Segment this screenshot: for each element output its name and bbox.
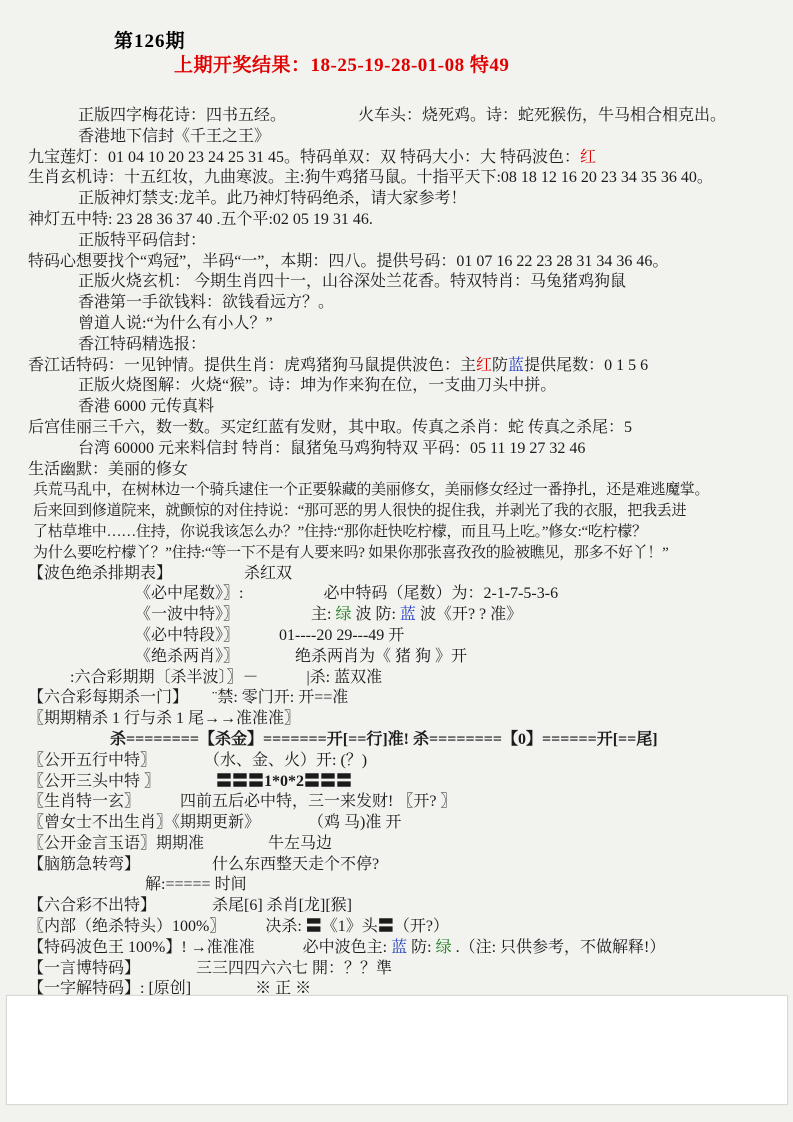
text-line: 【六合彩每期杀一门】 ¨禁: 零门开: 开==准 <box>0 688 793 709</box>
text-segment: 波 防: <box>351 606 399 623</box>
text-line: 香江话特码：一见钟情。提供生肖：虎鸡猪狗马鼠提供波色：主红防蓝提供尾数：0 1 … <box>0 356 793 377</box>
text-segment: （开?） <box>394 918 449 935</box>
text-line: 【特码波色王 100%】! →准准准 必中波色主: 蓝 防: 绿 .（注: 只供… <box>0 938 793 959</box>
text-line: 了枯草堆中……住持，你说我该怎么办？”住持:“那你赶快吃柠檬，而且马上吃。”修女… <box>0 522 793 543</box>
text-line: 台湾 60000 元来料信封 特肖：鼠猪兔马鸡狗特双 平码：05 11 19 2… <box>0 439 793 460</box>
text-segment: 【一言博特码】 三三四四六六七 開：？？準 <box>28 960 392 977</box>
text-segment: 台湾 60000 元来料信封 特肖：鼠猪兔马鸡狗特双 平码：05 11 19 2… <box>78 440 585 457</box>
text-line: 香港 6000 元传真料 <box>0 397 793 418</box>
text-line: 《绝杀两肖》〗 绝杀两肖为《 猪 狗 》开 <box>0 647 793 668</box>
text-line: 解:===== 时间 <box>0 875 793 896</box>
text-segment: 《1》头 <box>322 918 378 935</box>
text-segment: 【0】 <box>502 731 542 748</box>
text-line: :六合彩期期〔杀半波〕〗－ |杀: 蓝双准 <box>0 668 793 689</box>
text-line: 香港第一手欲钱料：欲钱看远方？。 <box>0 293 793 314</box>
text-segment: 杀======== <box>413 731 502 748</box>
text-line: 后宫佳丽三千六，数一数。买定红蓝有发财，其中取。传真之杀肖：蛇 传真之杀尾：5 <box>0 418 793 439</box>
text-line: 《一波中特》〗 主: 绿 波 防: 蓝 波《开? ? 准》 <box>0 605 793 626</box>
text-line: 神灯五中特: 23 28 36 37 40 .五个平:02 05 19 31 4… <box>0 210 793 231</box>
text-line: 【六合彩不出特】 杀尾[6] 杀肖[龙][猴] <box>0 896 793 917</box>
text-segment: 〓 <box>378 918 394 935</box>
text-segment: 【特码波色王 100%】! →准准准 必中波色主: <box>28 939 391 956</box>
text-line: 正版火烧玄机： 今期生肖四十一，山谷深处兰花香。特双特肖：马兔猪鸡狗鼠 <box>0 272 793 293</box>
text-line: 〖公开三头中特 〗 〓〓〓1*0*2〓〓〓 <box>0 772 793 793</box>
colored-text-segment: 红 <box>476 357 492 374</box>
text-line: 〖生肖特一玄〗 四前五后必中特，三一来发财! 〖开? 〗 <box>0 792 793 813</box>
text-segment: 防: <box>407 939 435 956</box>
text-line: 曾道人说:“为什么有小人？” <box>0 314 793 335</box>
colored-text-segment: 红 <box>580 149 596 166</box>
issue-number: 第126期 <box>114 31 186 52</box>
text-segment: 为什么要吃柠檬丫？”住持:“等一下不是有人要来吗? 如果你那张喜孜孜的脸被瞧见，… <box>33 545 668 561</box>
text-segment: 【六合彩不出特】 杀尾[6] 杀肖[龙][猴] <box>28 897 352 914</box>
text-segment: 生活幽默：美丽的修女 <box>28 461 188 478</box>
text-segment: 提供尾数：0 1 5 6 <box>524 357 648 374</box>
colored-text-segment: 绿 <box>436 939 452 956</box>
colored-text-segment: 蓝 <box>508 357 524 374</box>
text-line: 为什么要吃柠檬丫？”住持:“等一下不是有人要来吗? 如果你那张喜孜孜的脸被瞧见，… <box>0 543 793 564</box>
text-line: 【波色绝杀排期表】 杀红双 <box>0 564 793 585</box>
text-segment: =======开[==行]准! <box>263 731 413 748</box>
text-segment: 后来回到修道院来，就颤惊的对住持说：“那可恶的男人很快的捉住我，并剥光了我的衣服… <box>33 503 686 519</box>
text-segment: 特码心想要找个“鸡冠”，半码“一”，本期：四八。提供号码：01 07 16 22… <box>28 253 668 270</box>
text-segment: 香江话特码：一见钟情。提供生肖：虎鸡猪狗马鼠提供波色：主 <box>28 357 476 374</box>
text-segment: 香港地下信封《千王之王》 <box>78 128 270 145</box>
text-line: 正版火烧图解：火烧“猴”。诗：坤为作来狗在位，一支曲刀头中拼。 <box>0 376 793 397</box>
text-segment: 生肖玄机诗：十五红妆，九曲寒波。主:狗牛鸡猪马鼠。十指平天下:08 18 12 … <box>28 169 713 186</box>
text-segment: :六合彩期期〔杀半波〕〗－ |杀: 蓝双准 <box>70 669 382 686</box>
text-line: 〖期期精杀 1 行与杀 1 尾→→准准准〗 <box>0 709 793 730</box>
text-segment: 〖内部（绝杀特头）100%〗 决杀: <box>28 918 306 935</box>
text-segment: 〖生肖特一玄〗 四前五后必中特，三一来发财! 〖开? 〗 <box>28 793 456 810</box>
text-segment: 杀======== <box>110 731 199 748</box>
text-line: 生活幽默：美丽的修女 <box>0 460 793 481</box>
text-segment: 〖公开五行中特〗 （水、金、火）开: (？) <box>28 752 367 769</box>
text-segment: 兵荒马乱中，在树林边一个骑兵逮住一个正要躲藏的美丽修女，美丽修女经过一番挣扎，还… <box>33 482 709 498</box>
footer-blank-box <box>6 995 788 1105</box>
text-segment: 《必中特段》〗 01----20 29---49 开 <box>135 627 404 644</box>
text-line: 香江特码精选报： <box>0 335 793 356</box>
colored-text-segment: 蓝 <box>400 606 416 623</box>
text-segment: 《一波中特》〗 主: <box>135 606 335 623</box>
text-line: 正版四字梅花诗：四书五经。 火车头：烧死鸡。诗：蛇死猴伤，牛马相合相克出。 <box>0 106 793 127</box>
text-segment: 正版火烧图解：火烧“猴”。诗：坤为作来狗在位，一支曲刀头中拼。 <box>78 377 556 394</box>
text-segment: 〓〓〓1*0*2〓〓〓 <box>216 773 352 790</box>
text-segment: 【脑筋急转弯】 什么东西整天走个不停? <box>28 856 379 873</box>
text-line: 特码心想要找个“鸡冠”，半码“一”，本期：四八。提供号码：01 07 16 22… <box>0 252 793 273</box>
header: 第126期 上期开奖结果：18-25-19-28-01-08 特49 <box>0 0 793 104</box>
text-line: 《必中尾数》〗: 必中特码（尾数）为：2-1-7-5-3-6 <box>0 584 793 605</box>
text-segment: 〖公开三头中特 〗 <box>28 773 216 790</box>
text-segment: .（注: 只供参考，不做解释!） <box>452 939 666 956</box>
text-line: 香港地下信封《千王之王》 <box>0 127 793 148</box>
text-segment: 《必中尾数》〗: 必中特码（尾数）为：2-1-7-5-3-6 <box>135 585 558 602</box>
text-segment: 【波色绝杀排期表】 杀红双 <box>28 565 292 582</box>
text-line: 生肖玄机诗：十五红妆，九曲寒波。主:狗牛鸡猪马鼠。十指平天下:08 18 12 … <box>0 168 793 189</box>
lottery-tip-sheet-page: 第126期 上期开奖结果：18-25-19-28-01-08 特49 正版四字梅… <box>0 0 793 1122</box>
text-segment: 〖公开金言玉语〗期期准 牛左马边 <box>28 835 332 852</box>
text-segment: 《绝杀两肖》〗 绝杀两肖为《 猪 狗 》开 <box>135 648 467 665</box>
text-segment: 正版四字梅花诗：四书五经。 火车头：烧死鸡。诗：蛇死猴伤，牛马相合相克出。 <box>78 107 726 124</box>
document-body: 正版四字梅花诗：四书五经。 火车头：烧死鸡。诗：蛇死猴伤，牛马相合相克出。香港地… <box>0 104 793 1042</box>
colored-text-segment: 绿 <box>335 606 351 623</box>
text-segment: 正版火烧玄机： 今期生肖四十一，山谷深处兰花香。特双特肖：马兔猪鸡狗鼠 <box>78 273 626 290</box>
text-line: 〖曾女士不出生肖〗《期期更新》 （鸡 马)准 开 <box>0 813 793 834</box>
text-segment: ======开[==尾] <box>542 731 658 748</box>
text-segment: 了枯草堆中……住持，你说我该怎么办？”住持:“那你赶快吃柠檬，而且马上吃。”修女… <box>33 524 647 540</box>
text-line: 〖公开金言玉语〗期期准 牛左马边 <box>0 834 793 855</box>
text-line: 后来回到修道院来，就颤惊的对住持说：“那可恶的男人很快的捉住我，并剥光了我的衣服… <box>0 501 793 522</box>
colored-text-segment: 蓝 <box>391 939 407 956</box>
text-segment: 正版特平码信封： <box>78 232 206 249</box>
text-segment: 九宝莲灯：01 04 10 20 23 24 25 31 45。特码单双：双 特… <box>28 149 580 166</box>
text-segment: 解:===== 时间 <box>145 876 247 893</box>
text-line: 兵荒马乱中，在树林边一个骑兵逮住一个正要躲藏的美丽修女，美丽修女经过一番挣扎，还… <box>0 480 793 501</box>
text-segment: 正版神灯禁支:龙羊。此乃神灯特码绝杀，请大家参考！ <box>78 190 466 207</box>
text-segment: 神灯五中特: 23 28 36 37 40 .五个平:02 05 19 31 4… <box>28 211 373 228</box>
text-line: 〖内部（绝杀特头）100%〗 决杀: 〓《1》头〓（开?） <box>0 917 793 938</box>
text-line: 九宝莲灯：01 04 10 20 23 24 25 31 45。特码单双：双 特… <box>0 148 793 169</box>
text-segment: 香江特码精选报： <box>78 336 206 353</box>
text-segment: 曾道人说:“为什么有小人？” <box>78 315 273 332</box>
text-line: 杀========【杀金】=======开[==行]准! 杀========【0… <box>0 730 793 751</box>
text-line: 正版神灯禁支:龙羊。此乃神灯特码绝杀，请大家参考！ <box>0 189 793 210</box>
text-line: 《必中特段》〗 01----20 29---49 开 <box>0 626 793 647</box>
text-segment: 【杀金】 <box>199 731 263 748</box>
text-segment: 香港第一手欲钱料：欲钱看远方？。 <box>78 294 334 311</box>
text-segment: 〖曾女士不出生肖〗《期期更新》 （鸡 马)准 开 <box>28 814 401 831</box>
text-segment: 后宫佳丽三千六，数一数。买定红蓝有发财，其中取。传真之杀肖：蛇 传真之杀尾：5 <box>28 419 632 436</box>
text-segment: 〓 <box>306 918 322 935</box>
text-segment: 〖期期精杀 1 行与杀 1 尾→→准准准〗 <box>28 710 300 727</box>
text-segment: 防 <box>492 357 508 374</box>
text-segment: 波《开? ? 准》 <box>416 606 522 623</box>
text-segment: 香港 6000 元传真料 <box>78 398 214 415</box>
text-line: 【一言博特码】 三三四四六六七 開：？？準 <box>0 959 793 980</box>
last-draw-result: 上期开奖结果：18-25-19-28-01-08 特49 <box>174 55 509 76</box>
text-segment: 【六合彩每期杀一门】 ¨禁: 零门开: 开==准 <box>28 689 348 706</box>
text-line: 〖公开五行中特〗 （水、金、火）开: (？) <box>0 751 793 772</box>
text-line: 正版特平码信封： <box>0 231 793 252</box>
text-line: 【脑筋急转弯】 什么东西整天走个不停? <box>0 855 793 876</box>
